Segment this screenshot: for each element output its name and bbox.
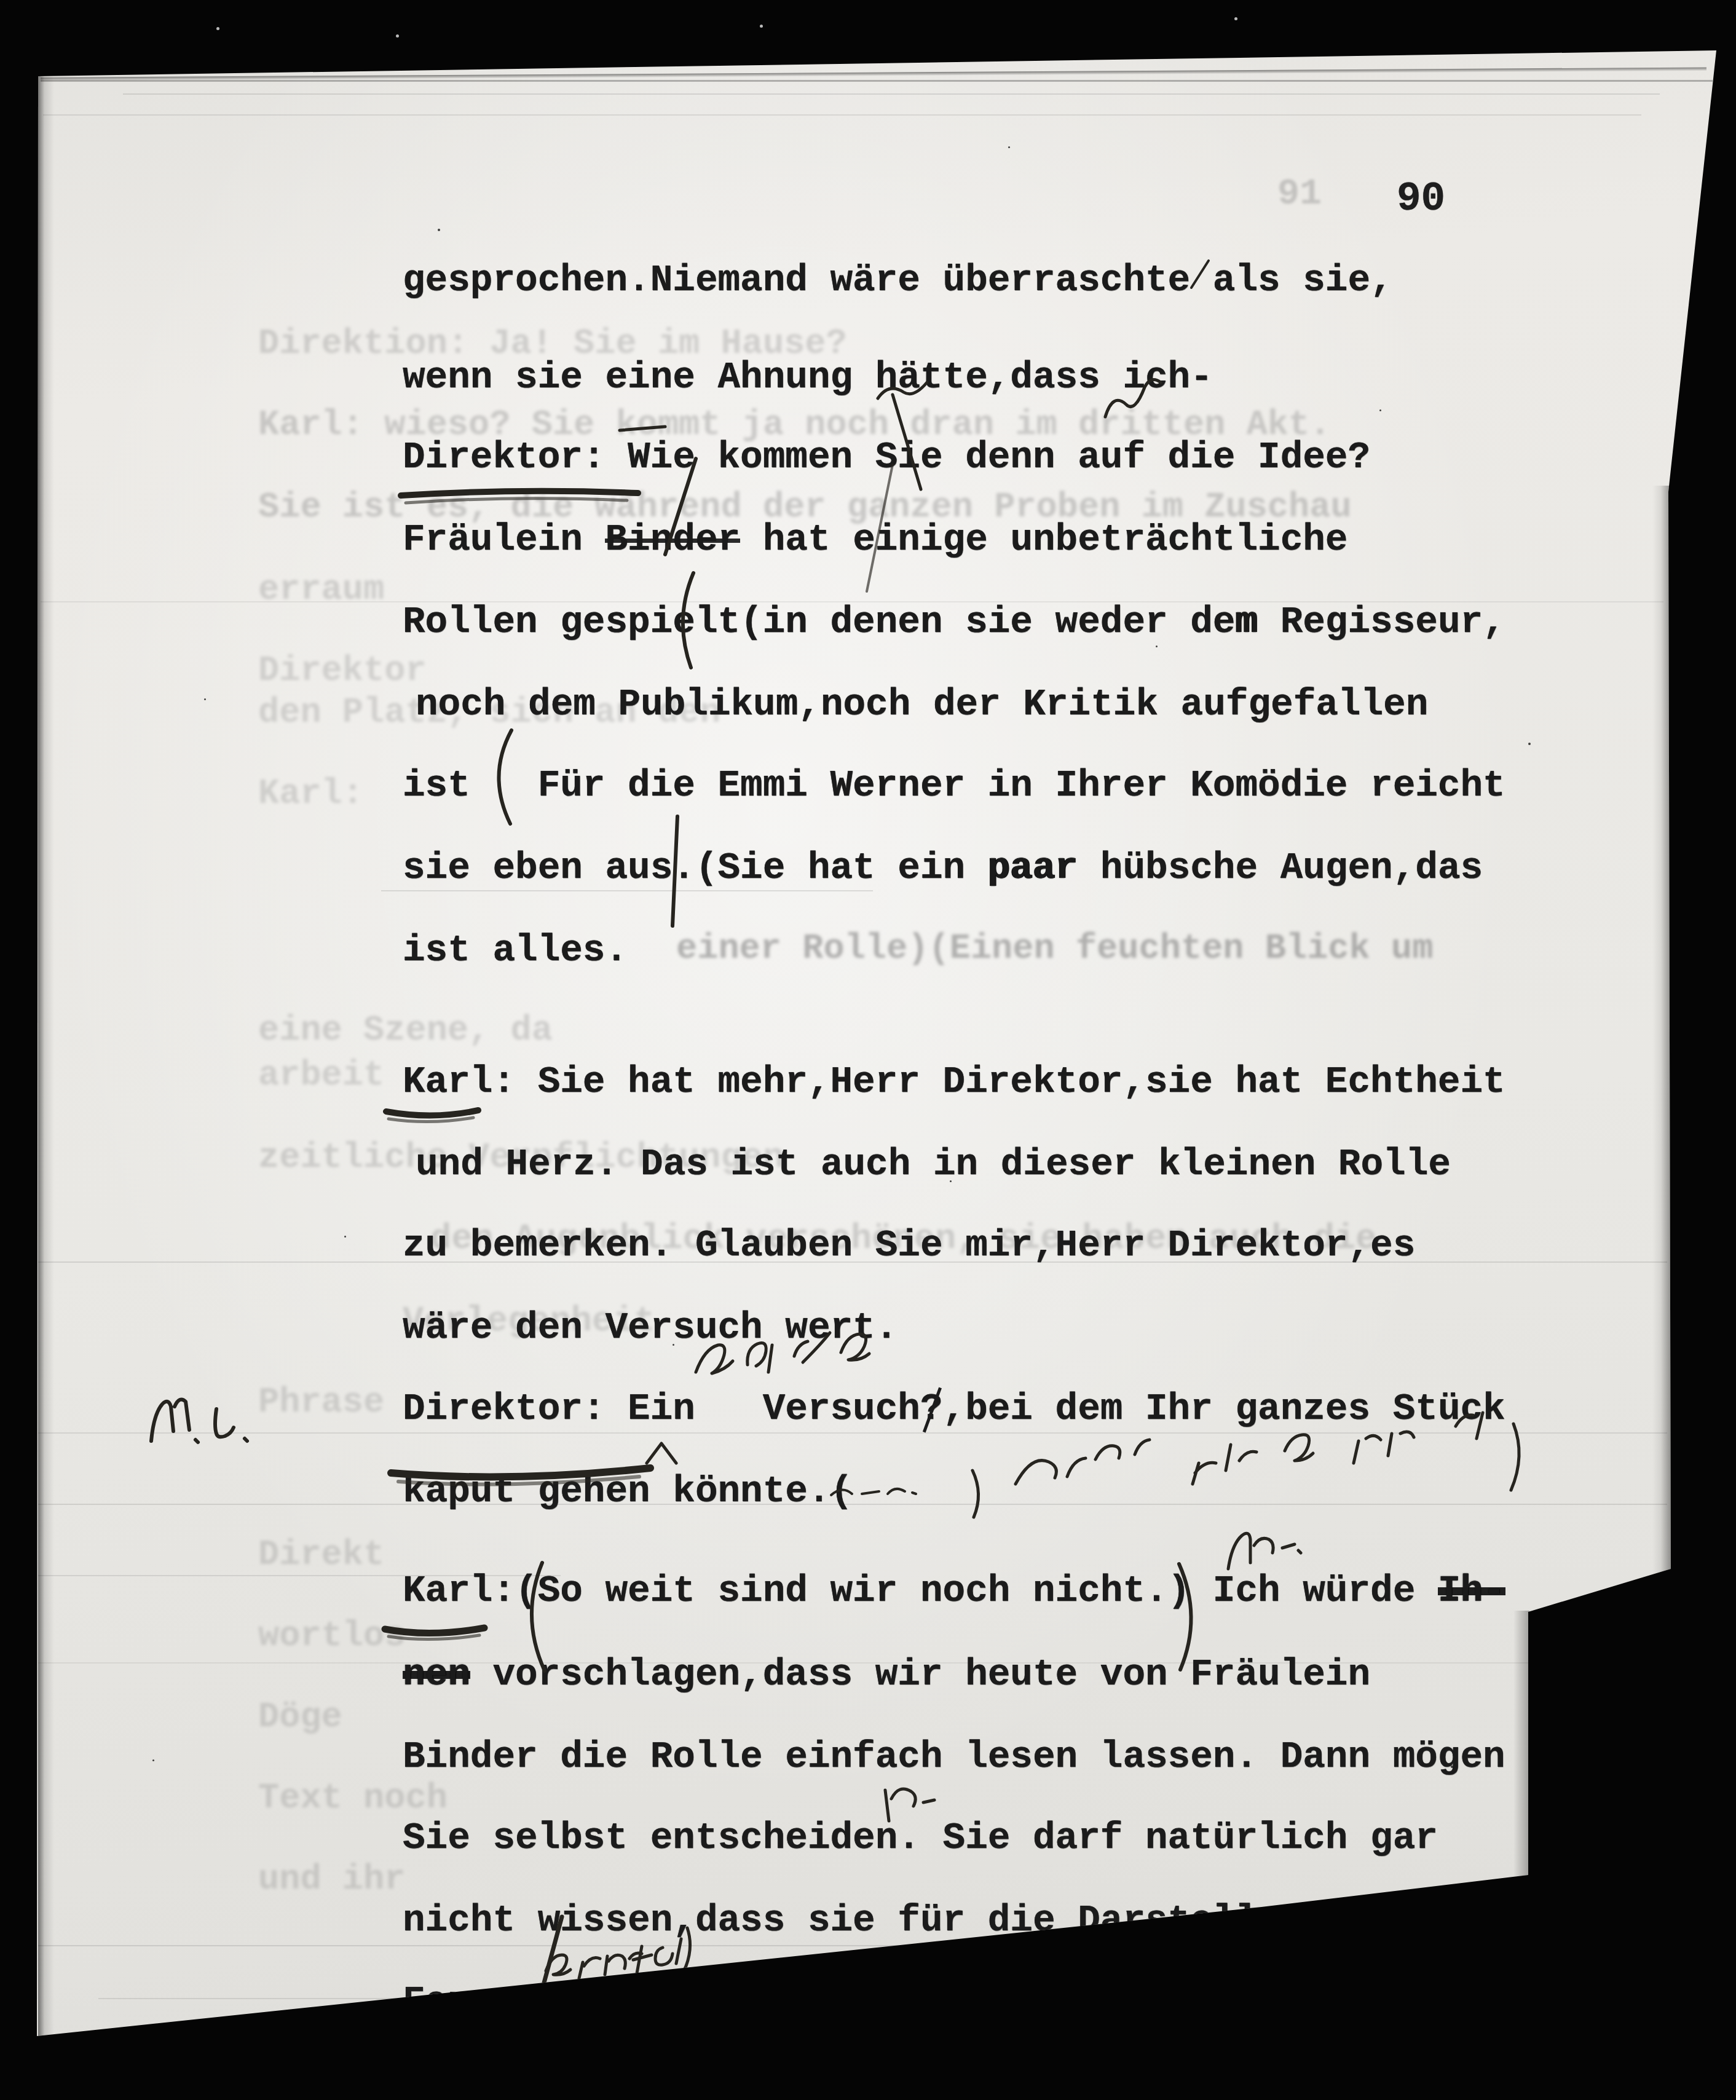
dust-speck-1 xyxy=(1008,146,1010,148)
dust-speck-10 xyxy=(950,1180,952,1182)
scan-streak-7 xyxy=(38,1504,1667,1505)
scan-streak-0 xyxy=(41,80,1713,82)
dust-speck-8 xyxy=(152,1759,154,1761)
scan-streak-9 xyxy=(38,1662,1667,1664)
dust-speck-9 xyxy=(1451,1766,1453,1768)
cursive-after-kaeme-4 xyxy=(1365,1984,1434,2050)
cursive-after-kaeme-5 xyxy=(1463,1965,1507,2008)
scan-streak-10 xyxy=(38,1945,1526,1946)
scanner-bed-speck-1 xyxy=(396,34,399,37)
paper-right-edge-shadow xyxy=(1652,486,1671,1574)
scan-artifact-layer xyxy=(0,0,1736,2100)
dust-speck-0 xyxy=(438,229,440,231)
cursive-after-kaeme-3 xyxy=(1217,1975,1335,1995)
scan-streak-3 xyxy=(41,601,1663,602)
scanner-bed-speck-3 xyxy=(1234,17,1237,20)
scan-streak-6 xyxy=(38,1432,1667,1434)
dust-speck-3 xyxy=(1528,743,1531,745)
scan-streak-5 xyxy=(38,1261,1667,1263)
scan-streak-1 xyxy=(123,93,1660,95)
dust-speck-5 xyxy=(1379,409,1381,411)
dust-speck-2 xyxy=(204,698,206,700)
scanner-bed-speck-2 xyxy=(760,25,763,28)
paper-left-edge-shadow xyxy=(38,76,54,2037)
dust-speck-6 xyxy=(344,1236,346,1237)
paper-corner-edge-shadow xyxy=(1513,1611,1529,1876)
cursive-after-kaeme-2 xyxy=(1059,1983,1169,2015)
scanner-bed-speck-0 xyxy=(216,27,219,30)
scan-streak-11 xyxy=(98,1998,1525,1999)
paper-sheet: Direktion: Ja! Sie im Hause?Karl: wieso?… xyxy=(0,0,1736,2100)
scan-streak-8 xyxy=(38,1575,561,1576)
scanned-page-photo: Direktion: Ja! Sie im Hause?Karl: wieso?… xyxy=(0,0,1736,2100)
scan-streak-4 xyxy=(381,890,873,891)
cursive-after-kaeme-1 xyxy=(848,1972,1030,2005)
dust-speck-4 xyxy=(673,1344,674,1346)
dust-speck-7 xyxy=(1156,645,1158,647)
scan-streak-2 xyxy=(43,114,1641,116)
